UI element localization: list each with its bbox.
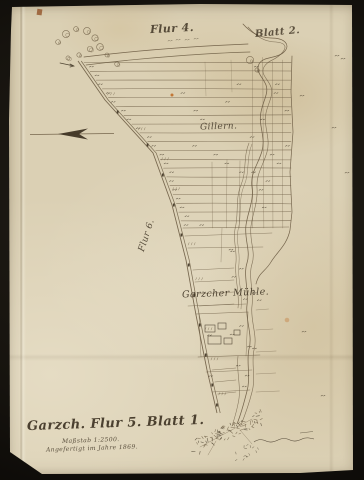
label-neighbor-flur-4: Flur 4. [150,21,195,36]
scan-background: Flur 4. Blatt 2. Gillern. Flur 6. Garzch… [0,0,364,480]
label-field-gillern: Gillern. [200,121,238,132]
map-sheet [0,0,364,480]
